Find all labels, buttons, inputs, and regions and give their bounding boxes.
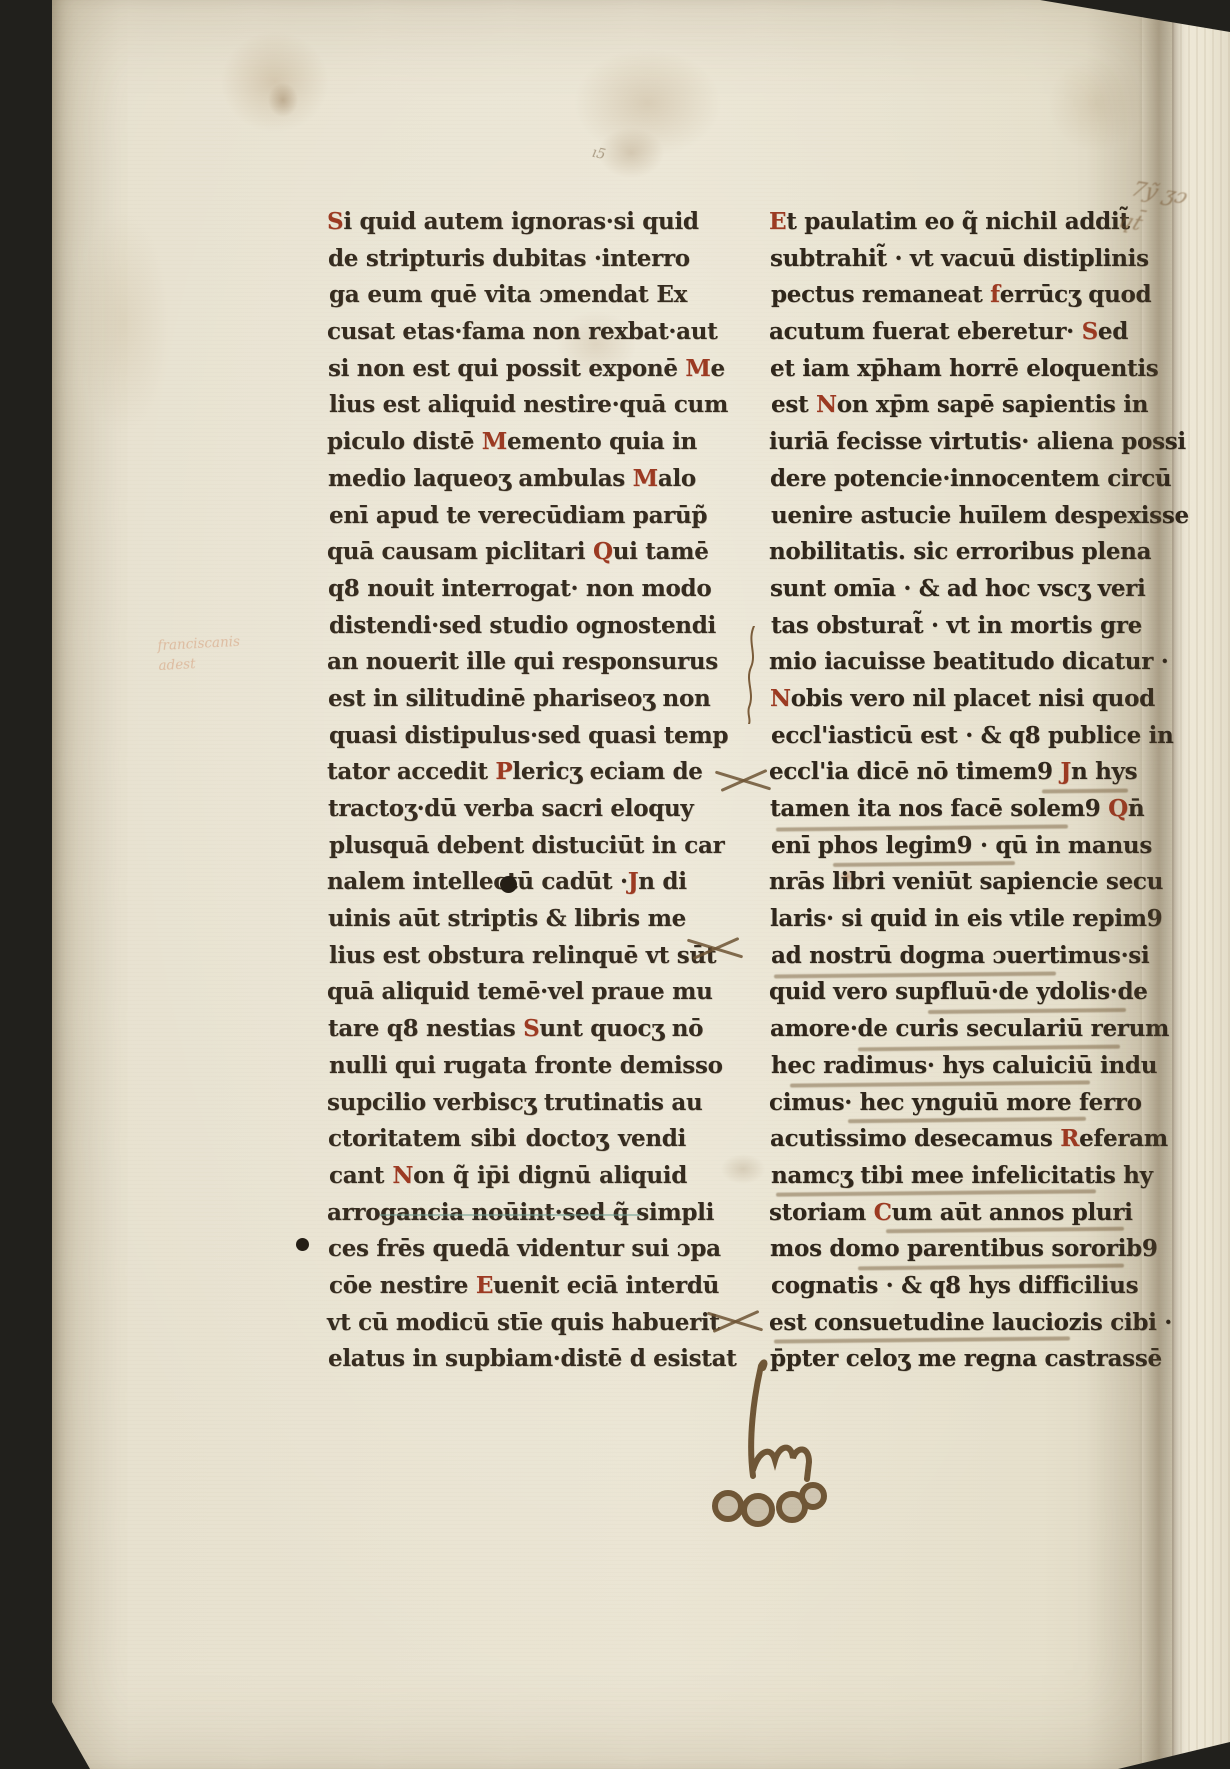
rubricated-letter: M: [482, 428, 507, 455]
ink-blot: [500, 876, 517, 893]
text-line: pectus remaneat ferrūcʒ quod: [771, 277, 1128, 314]
text-line: lius est aliquid nestire·quā cum: [329, 387, 687, 424]
rubricated-letter: S: [523, 1015, 539, 1042]
rubricated-letter: C: [874, 1199, 892, 1226]
text-line: eccl'ia dicē nō timem9 Jn hys: [769, 754, 1126, 791]
text-line: laris· si quid in eis vtile repim9: [770, 901, 1127, 938]
text-line: tas obsturat̃ · vt in mortis gre: [771, 608, 1128, 645]
text-line: cimus· hec ynguiū more ferro: [769, 1085, 1126, 1122]
text-line: supcilio verbiscʒ trutinatis au: [327, 1085, 685, 1122]
rubricated-letter: S: [327, 208, 343, 235]
rubricated-letter: N: [770, 685, 791, 712]
rubricated-letter: Q: [593, 538, 613, 565]
text-line: quid vero supfluū·de ydolis·de: [769, 974, 1126, 1011]
text-column-left: Si quid autem ignoras·si quidde striptur…: [328, 204, 686, 1378]
text-line: Nobis vero nil placet nisi quod: [770, 681, 1127, 718]
text-line: nobilitatis. sic erroribus plena: [769, 534, 1126, 571]
text-line: piculo distē Memento quia in: [327, 424, 685, 461]
rubricated-letter: P: [495, 758, 512, 785]
faint-marginal-note: franciscanis adest: [157, 632, 242, 677]
text-line: Si quid autem ignoras·si quid: [327, 204, 685, 241]
text-line: Et paulatim eo q̃ nichil addit̃: [769, 204, 1126, 241]
text-line: ctoritatem sibi doctoʒ vendi: [328, 1121, 686, 1158]
text-line: est Non xp̄m sapē sapientis in: [771, 387, 1128, 424]
rubricated-letter: M: [633, 465, 658, 492]
text-line: mos domo parentibus sororib9: [770, 1231, 1127, 1268]
text-line: iuriā fecisse virtutis· aliena possi: [769, 424, 1126, 461]
text-line: tare q8 nestias Sunt quocʒ nō: [328, 1011, 686, 1048]
text-line: uinis aūt striptis & libris me: [328, 901, 686, 938]
text-line: nrās libri veniūt sapiencie secu: [769, 864, 1126, 901]
rubricated-letter: N: [392, 1162, 413, 1189]
text-line: quasi distipulus·sed quasi temp: [329, 718, 687, 755]
text-line: cognatis · & q8 hys difficilius: [771, 1268, 1128, 1305]
text-line: est in silitudinē phariseoʒ non: [328, 681, 686, 718]
text-line: tractoʒ·dū verba sacri eloquy: [328, 791, 686, 828]
page-curvature-shadow: [1086, 0, 1142, 1769]
rubricated-letter: N: [816, 391, 837, 418]
text-line: si non est qui possit exponē Me: [328, 351, 686, 388]
ink-blot: [296, 1238, 309, 1251]
text-line: q8 nouit interrogat· non modo: [328, 571, 686, 608]
fore-edge-crease: [1138, 0, 1176, 1769]
text-line: medio laqueoʒ ambulas Malo: [328, 461, 686, 498]
text-line: lius est obstura relinquē vt sūt: [329, 938, 687, 975]
text-line: acutissimo desecamus Referam: [770, 1121, 1127, 1158]
rubricated-letter: E: [476, 1272, 493, 1299]
pen-doodle: [700, 1358, 830, 1530]
text-line: tator accedit Plericʒ eciam de: [327, 754, 685, 791]
text-line: eccl'iasticū est · & q8 publice in: [771, 718, 1128, 755]
text-line: acutum fuerat eberetur· Sed: [769, 314, 1126, 351]
text-line: amore·de curis seculariū rerum: [770, 1011, 1127, 1048]
text-line: storiam Cum aūt annos pluri: [769, 1195, 1126, 1232]
text-line: distendi·sed studio ognostendi: [329, 608, 687, 645]
text-line: quā aliquid temē·vel praue mu: [327, 974, 685, 1011]
text-line: tamen ita nos facē solem9 Qn̄: [770, 791, 1127, 828]
text-line: mio iacuisse beatitudo dicatur ·: [769, 644, 1126, 681]
margin-x-mark: [686, 928, 744, 970]
text-line: sunt omīa · & ad hoc vscʒ veri: [770, 571, 1127, 608]
text-line: dere potencie·innocentem circū: [770, 461, 1127, 498]
rubricated-letter: J: [628, 868, 639, 895]
rubricated-letter: R: [1060, 1125, 1079, 1152]
next-leaf-edge: [1172, 0, 1230, 1769]
rubricated-letter: J: [1060, 758, 1071, 785]
text-line: ga eum quē vita ɔmendat Ex: [329, 277, 687, 314]
text-line: enī phos legim9 · qū in manus: [771, 828, 1128, 865]
text-line: uenire astucie huīlem despexisse: [771, 498, 1128, 535]
text-line: enī apud te verecūdiam parūp̃: [329, 498, 687, 535]
faint-teal-underline: [380, 1214, 640, 1216]
text-line: cōe nestire Euenit eciā interdū: [329, 1268, 687, 1305]
text-line: quā causam piclitari Qui tamē: [327, 534, 685, 571]
text-line: et iam xp̄ham horrē eloquentis: [770, 351, 1127, 388]
rubricated-letter: E: [769, 208, 786, 235]
text-line: elatus in supbiam·distē d esistat: [328, 1341, 686, 1378]
text-line: hec radimus· hys caluiciū indu: [771, 1048, 1128, 1085]
text-line: ad nostrū dogma ɔuertimus·si: [771, 938, 1128, 975]
text-line: de stripturis dubitas ·interro: [328, 241, 686, 278]
text-line: ces frēs quedā videntur sui ɔpa: [328, 1231, 686, 1268]
text-line: cant Non q̃ ip̄i dignū aliquid: [329, 1158, 687, 1195]
text-line: nulli qui rugata fronte demisso: [329, 1048, 687, 1085]
rubricated-letter: M: [685, 355, 710, 382]
text-line: vt cū modicū stīe quis habuerit: [327, 1305, 685, 1342]
text-line: est consuetudine lauciozis cibi ·: [769, 1305, 1126, 1342]
text-line: subtrahit̃ · vt vacuū distiplinis: [770, 241, 1127, 278]
text-line: plusquā debent distuciūt in car: [329, 828, 687, 865]
text-line: arrogancia noūint·sed q̃ simpli: [327, 1195, 685, 1232]
margin-x-mark: [706, 1301, 764, 1343]
rubricated-letter: f: [990, 281, 1000, 308]
text-line: an nouerit ille qui responsurus: [327, 644, 685, 681]
margin-x-mark: [714, 760, 772, 802]
gutter-brace-mark: [744, 626, 760, 728]
text-line: cusat etas·fama non rexbat·aut: [327, 314, 685, 351]
manuscript-scan: { "document": { "kind": "incunabulum lea…: [0, 0, 1230, 1769]
